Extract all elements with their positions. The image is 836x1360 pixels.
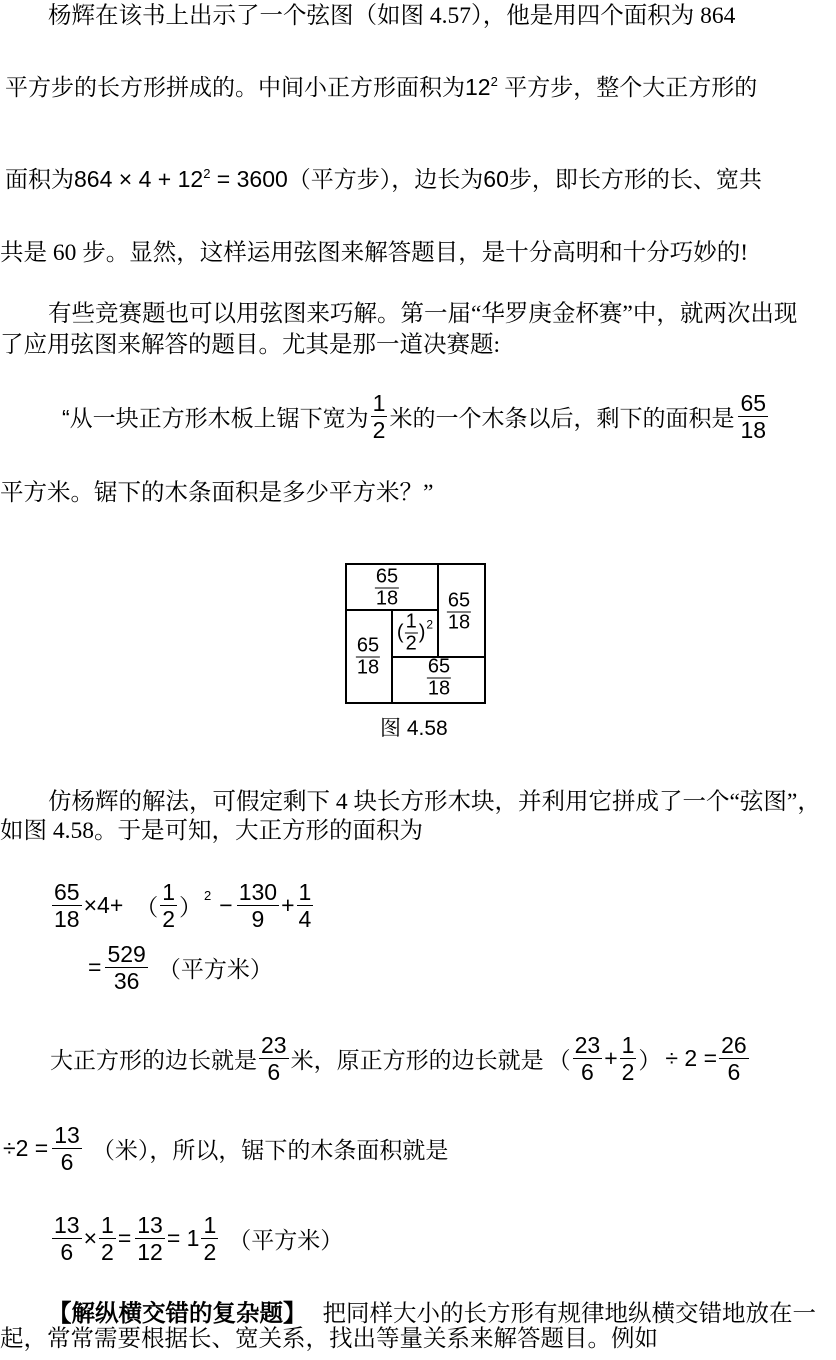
operator: − [219, 892, 232, 919]
numerator: 1 [620, 1034, 637, 1058]
denominator: 2 [99, 1238, 116, 1263]
fraction: 65 18 [356, 637, 380, 678]
denominator: 4 [297, 905, 314, 930]
fraction-strip-width: 1 2 [371, 392, 388, 441]
numerator: 65 [52, 881, 82, 905]
equation-4: ÷2 = 13 6 （米），所以，锯下的木条面积就是 [3, 1118, 448, 1178]
unit-label: （平方米） [158, 951, 273, 984]
fraction: 529 36 [105, 943, 147, 992]
denominator: 36 [105, 967, 147, 992]
fraction: 1 2 [405, 613, 418, 654]
numerator: 13 [52, 1124, 82, 1148]
equation-5: 13 6 × 1 2 = 13 12 = 1 1 2 （平方米） [50, 1208, 343, 1268]
text-segment: “从一块正方形木板上锯下宽为 [62, 400, 369, 433]
paragraph-1-line-3: 面积为864 × 4 + 122 = 3600（平方步），边长为60步，即长方形… [5, 164, 762, 194]
fraction: 13 6 [52, 1214, 82, 1263]
operator: × [84, 1225, 97, 1252]
text-segment: 面积为864 × 4 + 12 [5, 166, 203, 192]
denominator: 6 [52, 1238, 82, 1263]
paragraph-1-line-2: 平方步的长方形拼成的。中间小正方形面积为122 平方步，整个大正方形的 [5, 72, 757, 102]
operator: = [88, 954, 101, 981]
paragraph-1-line-1: 杨辉在该书上出示了一个弦图（如图 4.57），他是用四个面积为 864 [48, 1, 735, 31]
numerator: 65 [375, 568, 399, 588]
numerator: 529 [105, 943, 147, 967]
unit-label: （平方米） [228, 1222, 343, 1255]
close-paren: ） [179, 889, 202, 922]
operator: ÷2 = [3, 1135, 48, 1162]
numerator: 13 [52, 1214, 82, 1238]
denominator: 6 [719, 1058, 749, 1083]
fraction: 13 6 [52, 1124, 82, 1173]
text-segment: （米），所以，锯下的木条面积就是 [92, 1132, 449, 1165]
operator: = [118, 1225, 131, 1252]
figure-caption: 图 4.58 [380, 716, 448, 742]
numerator: 65 [738, 392, 768, 416]
figure-cell-right: 65 18 [445, 592, 473, 633]
figure-cell-top: 65 18 [373, 568, 401, 609]
denominator: 2 [620, 1058, 637, 1083]
open-paren: （ [135, 889, 158, 922]
superscript-exponent: 2 [204, 888, 211, 903]
numerator: 26 [719, 1034, 749, 1058]
fraction: 1 2 [99, 1214, 116, 1263]
fraction: 65 18 [447, 592, 471, 633]
numerator: 23 [573, 1034, 603, 1058]
problem-quote-line-2: 平方米。锯下的木条面积是多少平方米？” [0, 478, 433, 508]
chord-diagram-figure: 65 18 65 18 65 18 65 18 ( 1 2 ) 2 [345, 563, 486, 704]
figure-cell-center: ( 1 2 ) 2 [397, 613, 433, 654]
operator: + [604, 1045, 617, 1072]
numerator: 13 [135, 1214, 165, 1238]
paragraph-3-line-1: 仿杨辉的解法，可假定剩下 4 块长方形木块，并利用它拼成了一个“弦图”， [48, 787, 821, 817]
close-paren: ) [419, 622, 426, 645]
fraction: 1 2 [620, 1034, 637, 1083]
denominator: 2 [371, 416, 388, 441]
close-paren: ） [638, 1042, 661, 1075]
fraction: 65 18 [52, 881, 82, 930]
text-segment: 米，原正方形的边长就是 [291, 1042, 544, 1075]
superscript-exponent: 2 [491, 74, 498, 89]
text-segment: = 3600（平方步），边长为60步，即长方形的长、宽共 [210, 166, 761, 192]
fraction: 65 18 [427, 658, 451, 699]
equation-3: 大正方形的边长就是 23 6 米，原正方形的边长就是 （ 23 6 + 1 2 … [50, 1028, 751, 1088]
fraction: 130 9 [237, 881, 279, 930]
fraction: 1 4 [297, 881, 314, 930]
divider-line [437, 565, 439, 657]
denominator: 18 [738, 416, 768, 441]
text-segment: 平方步的长方形拼成的。中间小正方形面积为12 [5, 74, 491, 100]
operator: ÷ 2 = [665, 1045, 717, 1072]
paragraph-1-line-4: 共是 60 步。显然，这样运用弦图来解答题目，是十分高明和十分巧妙的! [0, 238, 748, 268]
open-paren: （ [548, 1042, 571, 1075]
section-heading: 【解纵横交错的复杂题】 [48, 1300, 307, 1326]
numerator: 65 [447, 592, 471, 612]
operator: = 1 [167, 1225, 200, 1252]
text-segment: 大正方形的边长就是 [50, 1042, 257, 1075]
fraction: 13 12 [135, 1214, 165, 1263]
numerator: 1 [160, 881, 177, 905]
operator: + [281, 892, 294, 919]
denominator: 18 [375, 588, 399, 609]
paragraph-4-line-2: 起，常常需要根据长、宽关系，找出等量关系来解答题目。例如 [0, 1324, 658, 1354]
numerator: 65 [356, 637, 380, 657]
denominator: 18 [447, 612, 471, 633]
equation-1: 65 18 ×4+ （ 1 2 ） 2 − 130 9 + 1 4 [50, 875, 315, 935]
fraction: 1 2 [160, 881, 177, 930]
denominator: 18 [356, 657, 380, 678]
denominator: 6 [52, 1148, 82, 1173]
problem-quote-line-1: “从一块正方形木板上锯下宽为 1 2 米的一个木条以后，剩下的面积是 65 18 [62, 386, 770, 446]
numerator: 1 [99, 1214, 116, 1238]
fraction: 23 6 [259, 1034, 289, 1083]
denominator: 6 [259, 1058, 289, 1083]
denominator: 2 [405, 633, 418, 654]
numerator: 130 [237, 881, 279, 905]
numerator: 1 [201, 1214, 218, 1238]
fraction: 65 18 [375, 568, 399, 609]
denominator: 6 [573, 1058, 603, 1083]
operator: ×4+ [84, 892, 124, 919]
superscript-exponent: 2 [203, 166, 210, 181]
paragraph-2-line-2: 了应用弦图来解答的题目。尤其是那一道决赛题: [0, 330, 500, 360]
open-paren: ( [397, 622, 404, 645]
denominator: 9 [237, 905, 279, 930]
text-segment: 米的一个木条以后，剩下的面积是 [389, 400, 734, 433]
paragraph-3-line-2: 如图 4.58。于是可知，大正方形的面积为 [0, 816, 423, 846]
equation-2: = 529 36 （平方米） [88, 937, 273, 997]
numerator: 1 [297, 881, 314, 905]
denominator: 18 [52, 905, 82, 930]
figure-cell-bottom: 65 18 [425, 658, 453, 699]
numerator: 65 [427, 658, 451, 678]
figure-cell-left: 65 18 [354, 637, 382, 678]
numerator: 1 [371, 392, 388, 416]
denominator: 18 [427, 678, 451, 699]
paragraph-2-line-1: 有些竞赛题也可以用弦图来巧解。第一届“华罗庚金杯赛”中，就两次出现 [48, 299, 797, 329]
numerator: 1 [405, 613, 418, 633]
superscript-exponent: 2 [426, 617, 433, 631]
denominator: 2 [160, 905, 177, 930]
denominator: 2 [201, 1238, 218, 1263]
denominator: 12 [135, 1238, 165, 1263]
fraction-remaining-area: 65 18 [738, 392, 768, 441]
fraction: 23 6 [573, 1034, 603, 1083]
numerator: 23 [259, 1034, 289, 1058]
text-segment: 平方步，整个大正方形的 [498, 74, 757, 100]
fraction: 1 2 [201, 1214, 218, 1263]
fraction: 26 6 [719, 1034, 749, 1083]
